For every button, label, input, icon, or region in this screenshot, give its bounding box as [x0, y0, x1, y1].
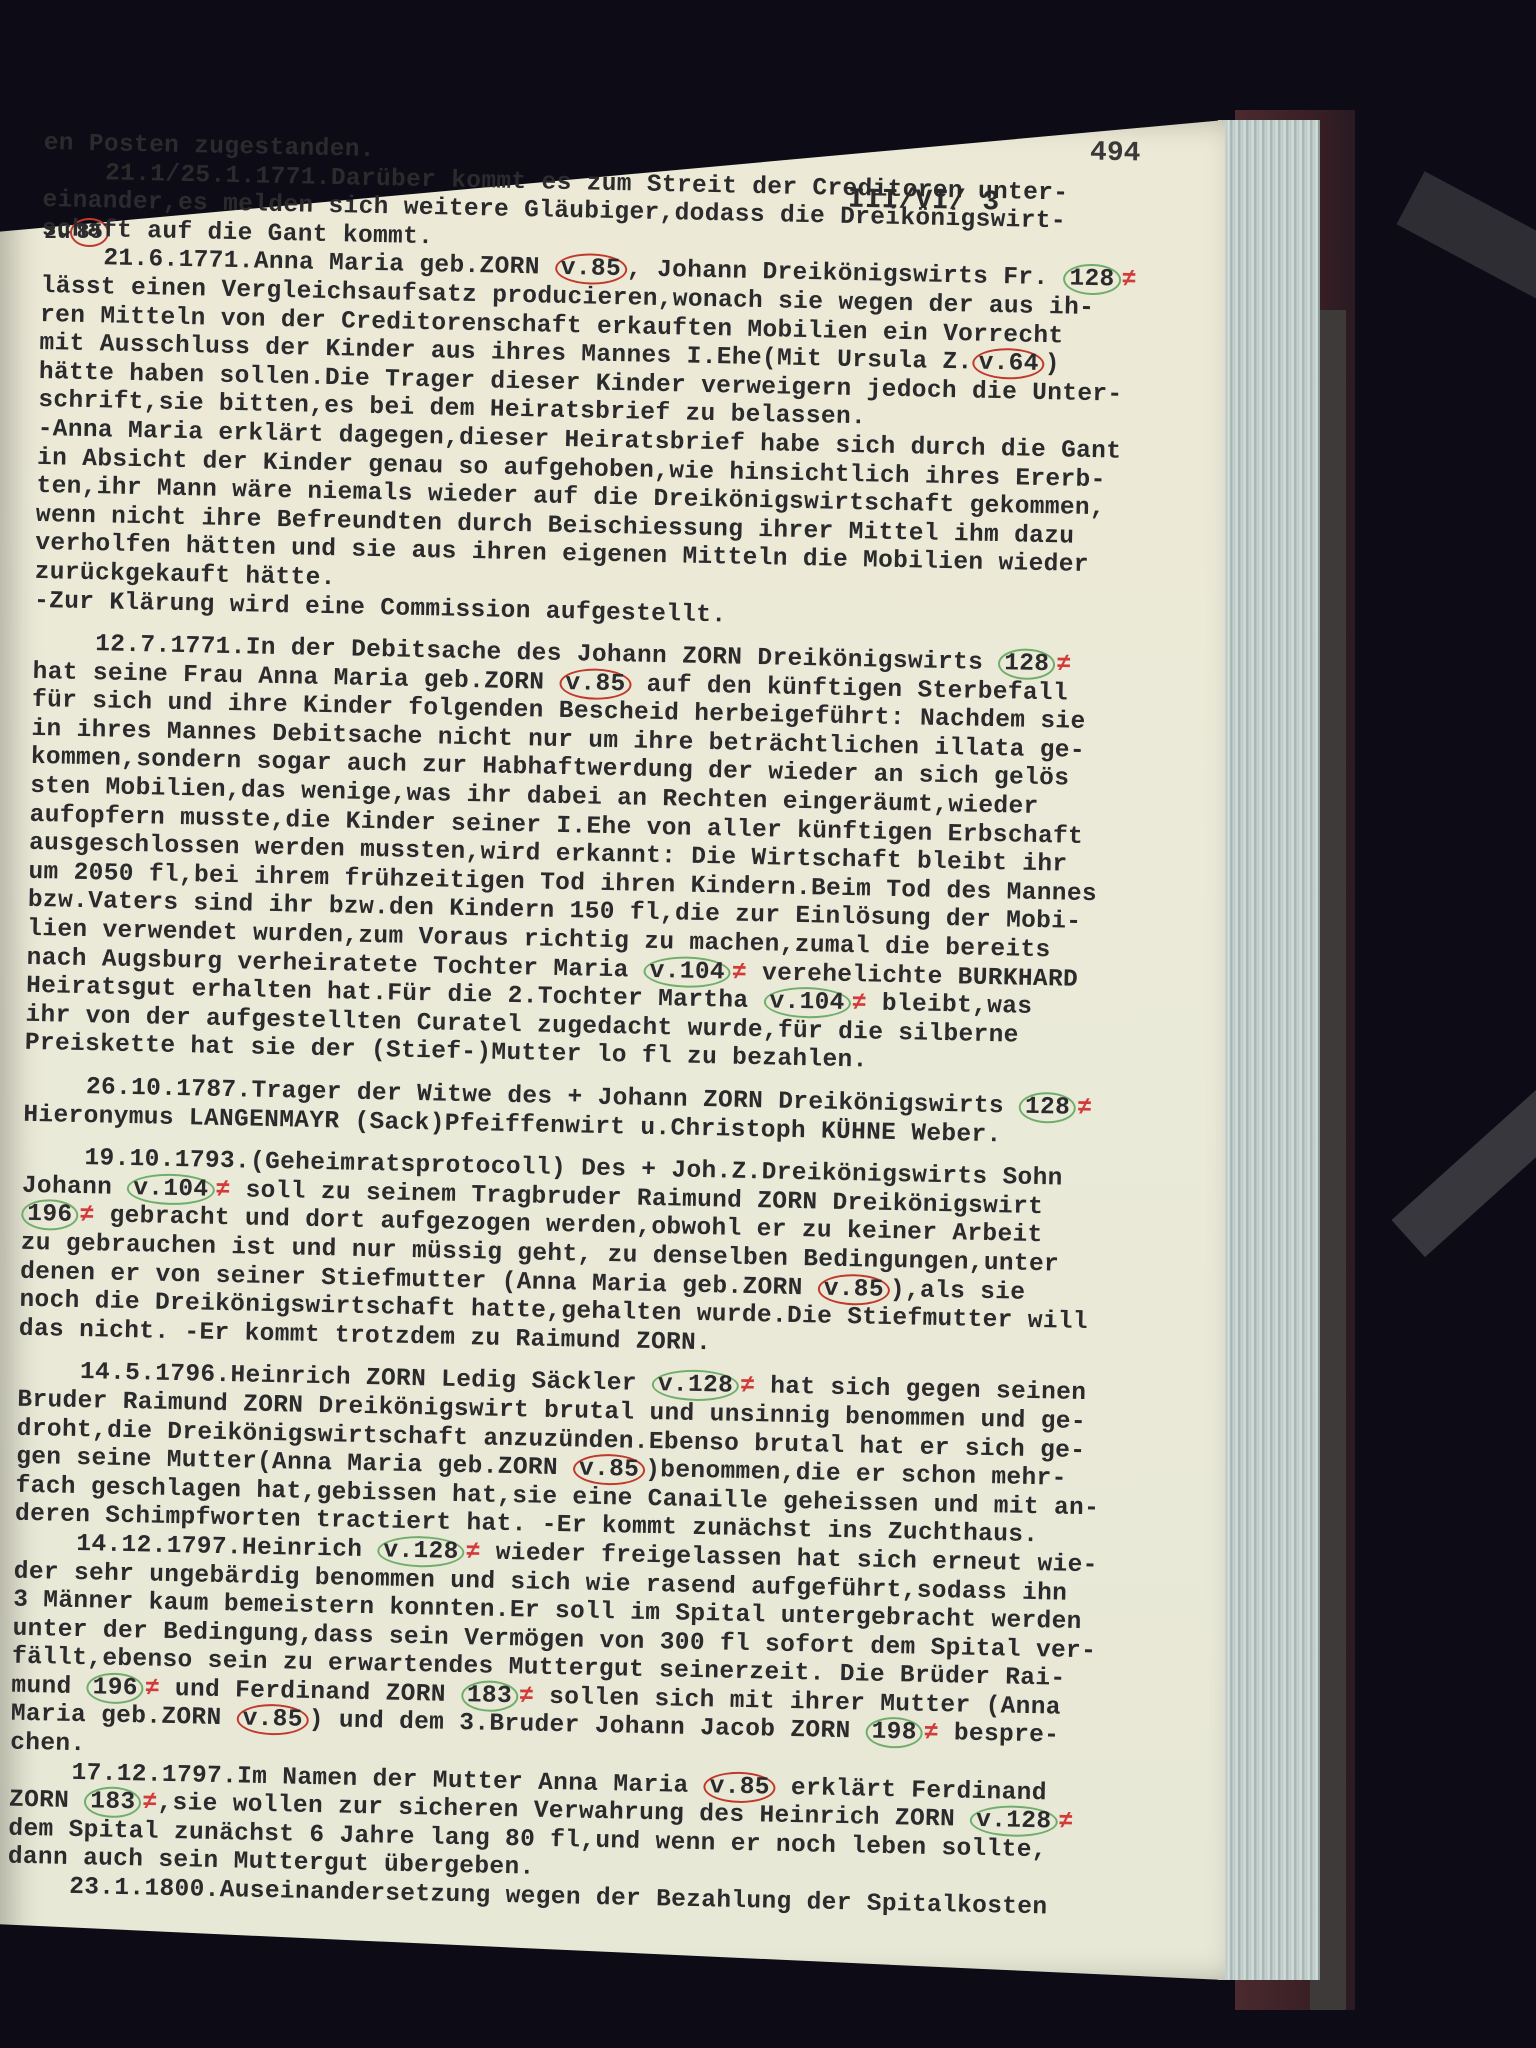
page-stack-edges — [1218, 120, 1320, 1980]
green-circled-ref: 196 — [21, 1199, 79, 1231]
green-circled-ref: 128 — [998, 648, 1056, 680]
green-circled-ref: v.128 — [652, 1369, 740, 1402]
red-circled-ref: v.85 — [236, 1704, 309, 1737]
background-strap — [1396, 171, 1536, 308]
green-circled-ref: 198 — [865, 1717, 923, 1749]
red-circled-ref: v.85 — [573, 1454, 646, 1487]
green-circled-ref: 196 — [86, 1672, 144, 1704]
green-circled-ref: v.104 — [643, 955, 731, 988]
red-circled-ref: v.85 — [703, 1771, 776, 1804]
green-circled-ref: 128 — [1063, 264, 1121, 296]
red-circled-ref: v.85 — [559, 668, 632, 701]
red-circled-ref: v.85 — [817, 1273, 890, 1306]
green-circled-ref: v.104 — [763, 986, 851, 1019]
green-circled-ref: 128 — [1019, 1092, 1077, 1124]
red-circled-ref: v.64 — [972, 348, 1045, 381]
green-circled-ref: v.104 — [127, 1173, 215, 1206]
typed-body-text: en Posten zugestanden.21.1/25.1.1771.Dar… — [7, 130, 1214, 1926]
red-circled-ref: v.85 — [554, 253, 627, 286]
green-circled-ref: 183 — [84, 1786, 142, 1818]
background-strap-lower — [1392, 1073, 1536, 1257]
green-circled-ref: 183 — [461, 1680, 519, 1712]
green-circled-ref: v.128 — [377, 1535, 465, 1568]
green-circled-ref: v.128 — [970, 1805, 1058, 1838]
